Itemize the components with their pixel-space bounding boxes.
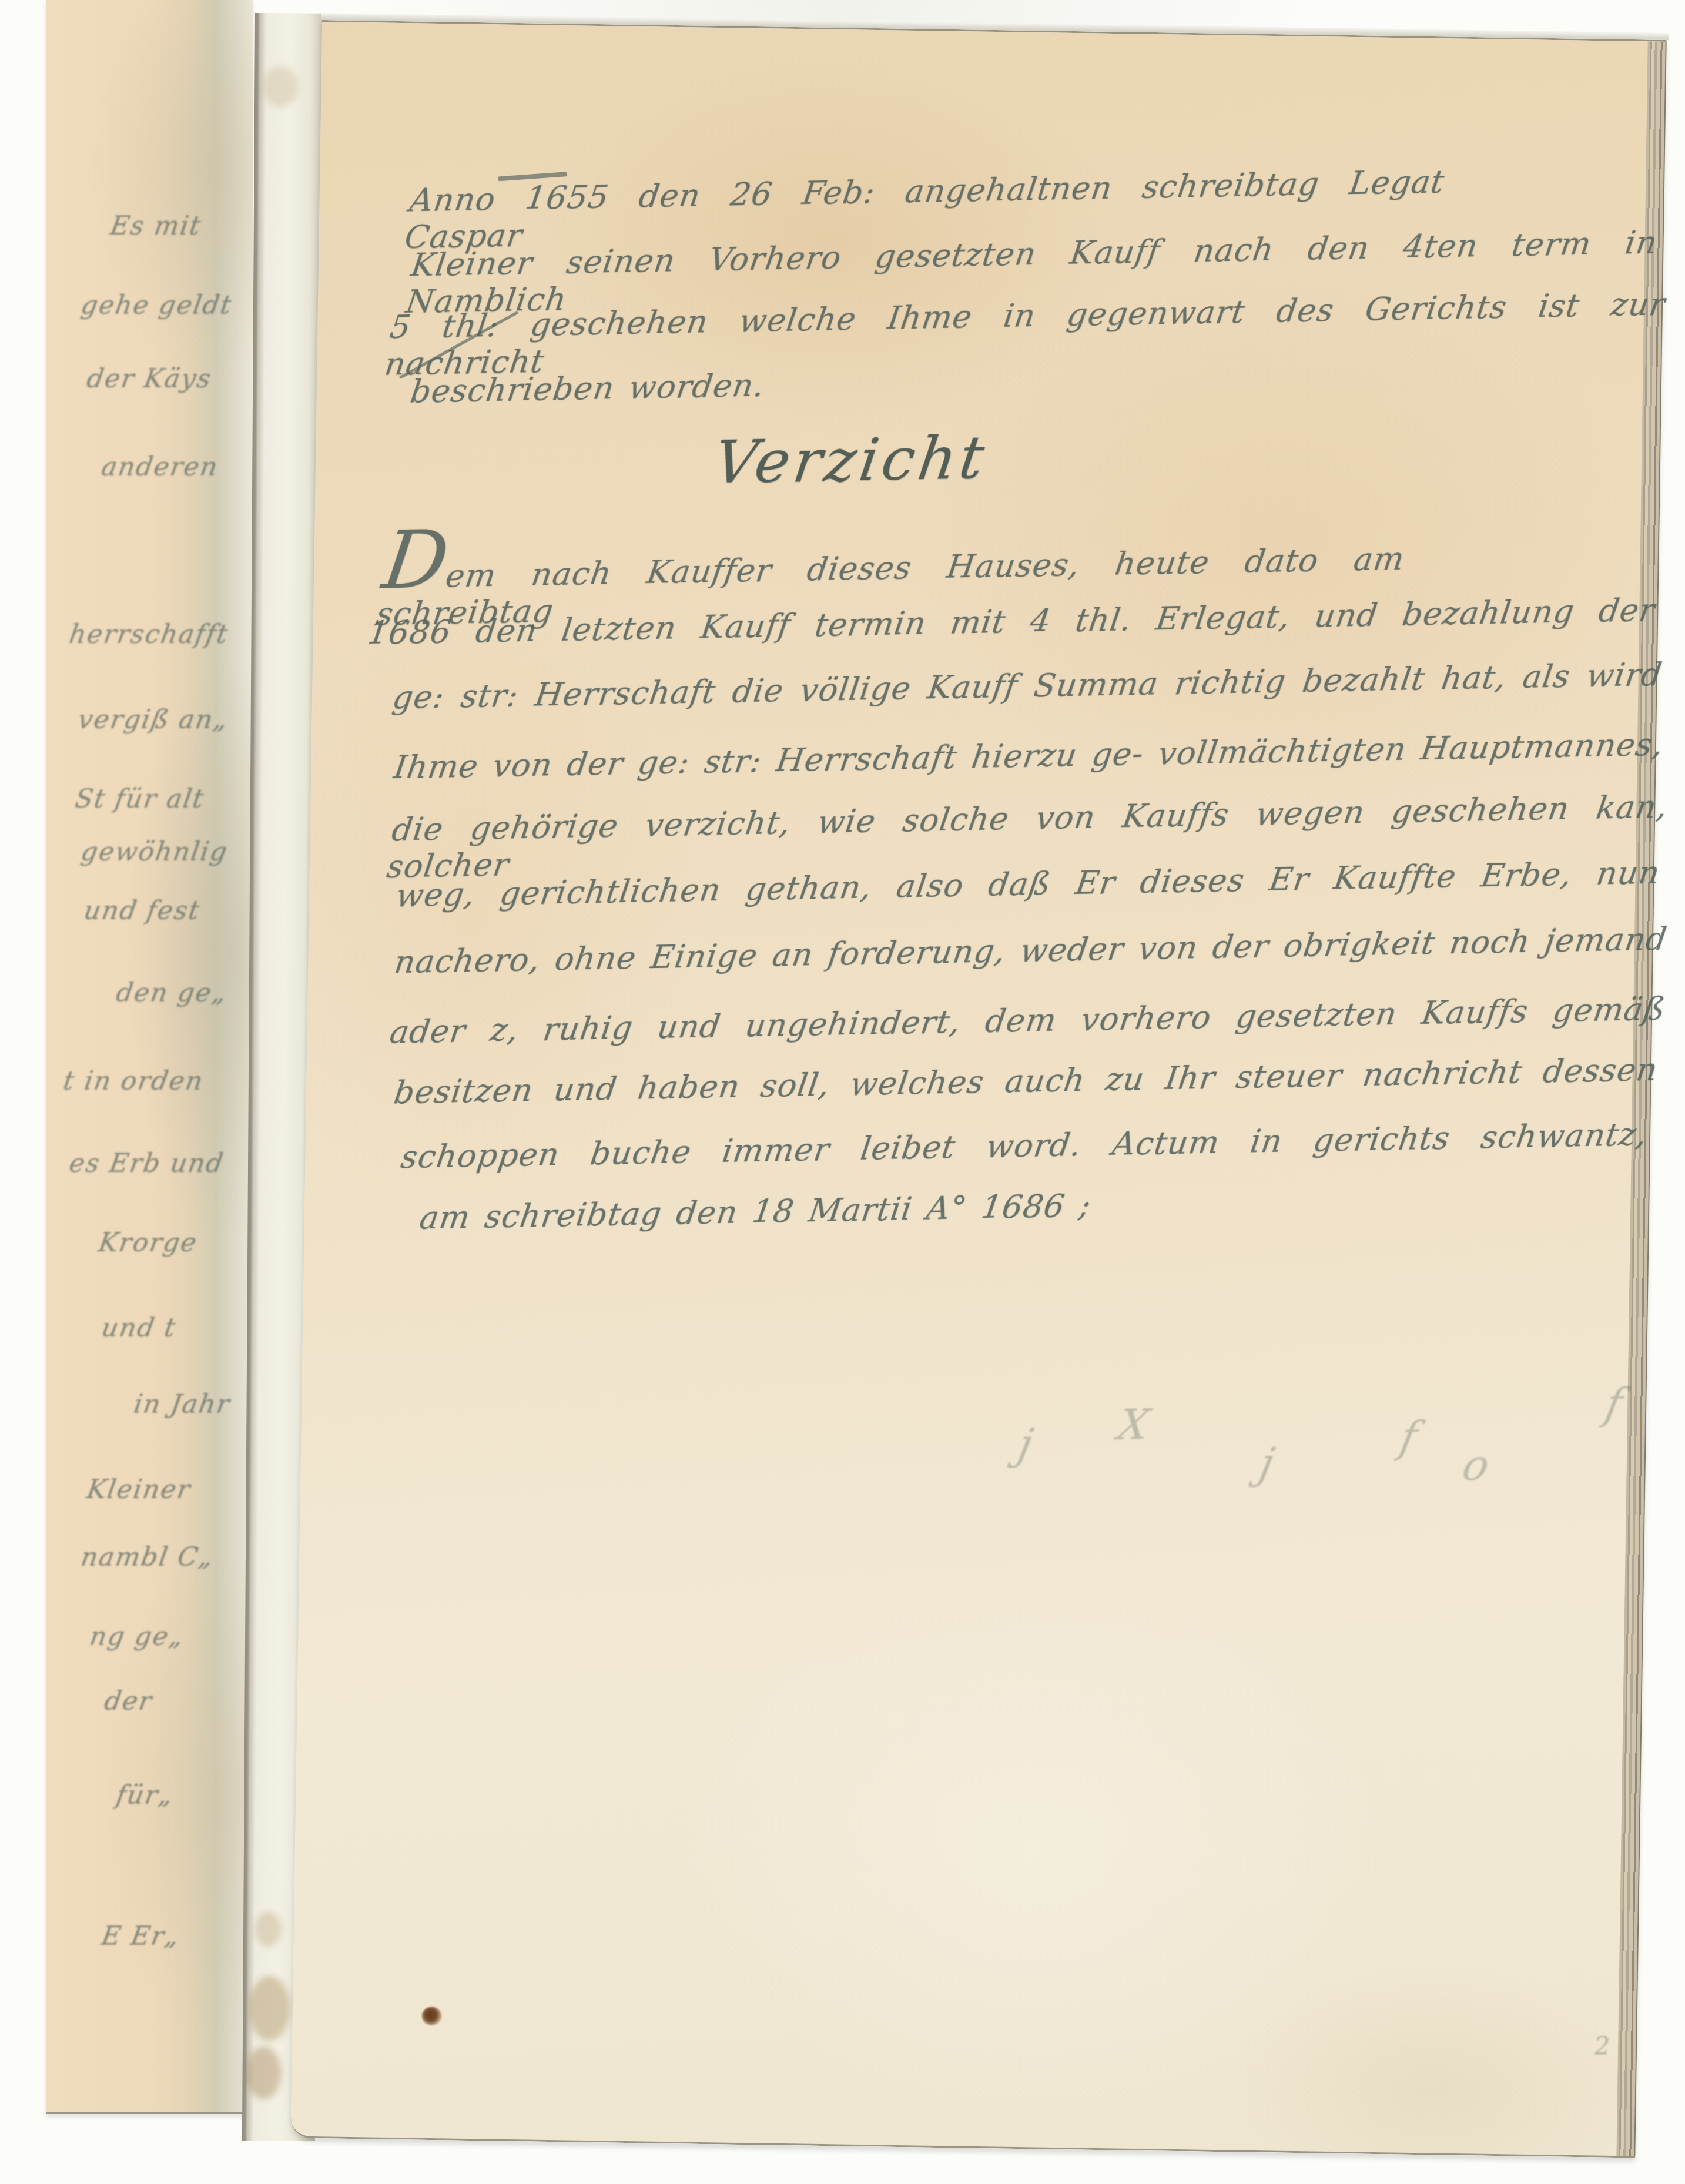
ink-flourish-mark: o (1458, 1441, 1493, 1490)
body-line: besitzen und haben soll, welches auch zu… (391, 1050, 1660, 1111)
body-line: ge: str: Herrschaft die völlige Kauff Su… (390, 655, 1664, 716)
section-heading: Verzicht (710, 423, 992, 497)
binding-stain (246, 2046, 282, 2099)
left-page-text-fragment: anderen (99, 452, 220, 482)
left-page-text-fragment: Es mit (108, 211, 203, 241)
left-page-text-fragment: den ge„ (114, 978, 229, 1008)
left-page-text-fragment: ng ge„ (88, 1622, 186, 1652)
left-page-text-fragment: vergiß an„ (76, 705, 230, 735)
manuscript-page: Anno 1655 den 26 Feb: angehaltnen schrei… (291, 20, 1667, 2158)
intro-line: beschrieben worden. (408, 366, 767, 410)
previous-page-fragment: Es mit gehe geldt der Käys anderen herrs… (46, 0, 253, 2114)
binding-stain (263, 66, 298, 107)
left-page-text-fragment: der (102, 1686, 155, 1716)
left-page-text-fragment: gewöhnlig (79, 837, 230, 867)
ink-flourish-mark: j (1014, 1419, 1037, 1469)
binding-stain (249, 1976, 290, 2041)
left-page-text-fragment: es Erb und (67, 1148, 226, 1178)
left-page-text-fragment: und t (99, 1313, 179, 1343)
left-page-text-fragment: in Jahr (132, 1389, 233, 1419)
left-page-text-fragment: und fest (82, 896, 202, 926)
left-page-text-fragment: Krorge (96, 1228, 200, 1258)
left-page-text-fragment: der Käys (85, 364, 214, 394)
scanned-manuscript: Es mit gehe geldt der Käys anderen herrs… (0, 0, 1685, 2184)
binding-stain (255, 1911, 282, 1947)
body-line: ader z, ruhig und ungehindert, dem vorhe… (387, 990, 1667, 1050)
handwritten-text-layer: Anno 1655 den 26 Feb: angehaltnen schrei… (316, 0, 1685, 2138)
ink-flourish-mark: f (1602, 1379, 1627, 1429)
left-page-text-fragment: t in orden (61, 1066, 206, 1096)
left-page-text-fragment: gehe geldt (79, 290, 235, 320)
body-line: nachero, ohne Einige an forderung, weder… (392, 920, 1669, 980)
body-line: Ihme von der ge: str: Herrschaft hierzu … (391, 725, 1666, 786)
body-line: schoppen buche immer leibet word. Actum … (398, 1116, 1649, 1175)
ink-flourish-mark: f (1396, 1412, 1422, 1462)
left-page-text-fragment: E Er„ (99, 1921, 182, 1951)
left-page-text-fragment: Kleiner (85, 1475, 193, 1505)
left-page-text-fragment: für„ (114, 1780, 176, 1810)
left-page-text-fragment: herrschafft (67, 619, 231, 649)
left-page-text-fragment: St für alt (73, 784, 207, 814)
page-number: 2 (1594, 2031, 1610, 2060)
left-page-text-fragment: nambl C„ (79, 1542, 216, 1572)
ink-flourish-mark: j (1255, 1438, 1278, 1488)
body-line: am schreibtag den 18 Martii A° 1686 ; (417, 1187, 1093, 1236)
ink-flourish-mark: X (1114, 1399, 1154, 1449)
